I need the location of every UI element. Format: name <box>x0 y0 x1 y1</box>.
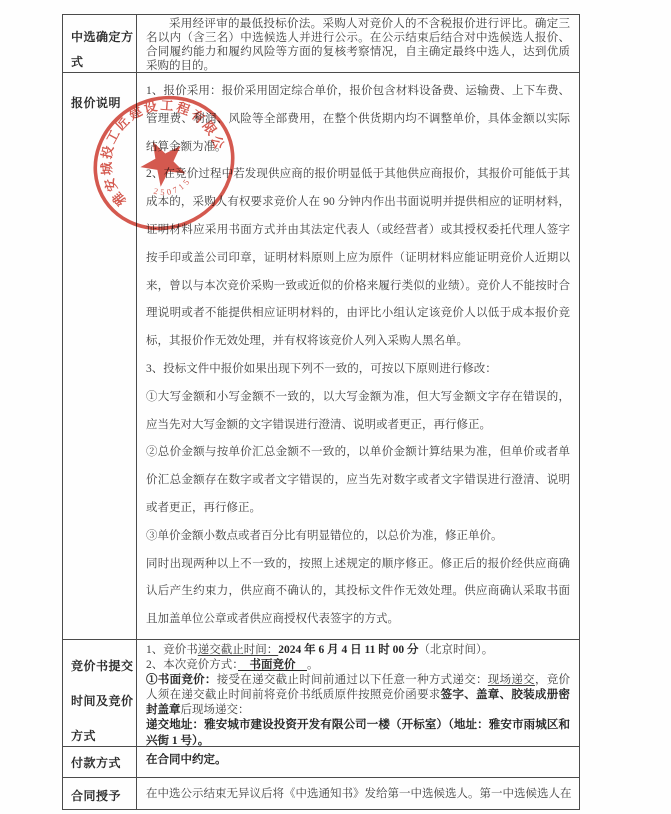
text-segment: 接受在递交截止时间前通过以下任意一种方式递交： <box>217 674 488 686</box>
paragraph: ③单价金额小数点或者百分比有明显错位的，以总价为准，修正单价。 <box>146 523 570 551</box>
procurement-terms-table: 中选确定方 式采用经评审的最低投标价法。采购人对竞价人的不含税报价进行评比。确定… <box>62 14 580 810</box>
text-segment: 1、报价采用：报价采用固定综合单价，报价包含材料设备费、运输费、上下车费、管理费… <box>146 85 570 153</box>
text-segment: ②总价金额与按单价汇总金额不一致的，以单价金额计算结果为准，但单价或者单价汇总金… <box>146 446 570 514</box>
text-segment: （北京时间）。 <box>419 644 494 656</box>
table-row-quote-description: 报价说明1、报价采用：报价采用固定综合单价，报价包含材料设备费、运输费、上下车费… <box>63 72 579 639</box>
text-segment: 后现场递交： <box>181 704 250 716</box>
text-segment: 递交截止时间： <box>198 644 279 656</box>
table-row-payment-method: 付款方式在合同中约定。 <box>63 746 579 777</box>
row-content-contract-award: 在中选公示结束无异议后将《中选通知书》发给第一中选候选人。第一中选候选人在 <box>137 778 579 809</box>
text-segment: 采用经评审的最低投标价法。采购人对竞价人的不含税报价进行评比。确定三名以内（含三… <box>146 18 570 72</box>
text-segment: 在合同中约定。 <box>146 754 227 766</box>
paragraph: 在合同中约定。 <box>146 753 570 768</box>
table-row-contract-award: 合同授予在中选公示结束无异议后将《中选通知书》发给第一中选候选人。第一中选候选人… <box>63 777 579 809</box>
paragraph: 递交地址：雅安城市建设投资开发有限公司一楼（开标室）（地址：雅安市雨城区和兴街 … <box>146 718 570 746</box>
paragraph: 2、本次竞价方式： 书面竞价 。 <box>146 658 570 673</box>
text-segment: 书面竞价 <box>238 659 307 671</box>
paragraph: 采用经评审的最低投标价法。采购人对竞价人的不含税报价进行评比。确定三名以内（含三… <box>146 18 570 72</box>
paragraph: 1、报价采用：报价采用固定综合单价，报价包含材料设备费、运输费、上下车费、管理费… <box>146 78 570 161</box>
paragraph: 1、竞价书递交截止时间：2024 年 6 月 4 日 11 时 00 分（北京时… <box>146 643 570 658</box>
text-segment: 2、在竞价过程中若发现供应商的报价明显低于其他供应商报价，其报价可能低于其成本的… <box>146 168 570 347</box>
text-segment: ③单价金额小数点或者百分比有明显错位的，以总价为准，修正单价。 <box>146 530 503 542</box>
row-content-payment-method: 在合同中约定。 <box>137 747 579 777</box>
row-header-quote-description: 报价说明 <box>63 73 137 639</box>
row-content-submission-time-method: 1、竞价书递交截止时间：2024 年 6 月 4 日 11 时 00 分（北京时… <box>137 640 579 746</box>
text-segment: 同时出现两种以上不一致的，按照上述规定的顺序修正。修正后的报价经供应商确认后产生… <box>146 558 570 626</box>
row-header-contract-award: 合同授予 <box>63 778 137 809</box>
row-content-selection-method: 采用经评审的最低投标价法。采购人对竞价人的不含税报价进行评比。确定三名以内（含三… <box>137 15 579 72</box>
paragraph: 2、在竞价过程中若发现供应商的报价明显低于其他供应商报价，其报价可能低于其成本的… <box>146 161 570 356</box>
text-segment: 递交地址：雅安城市建设投资开发有限公司一楼（开标室）（地址：雅安市雨城区和兴街 … <box>146 719 570 746</box>
text-segment: 现场递交 <box>488 674 535 686</box>
paragraph: 在中选公示结束无异议后将《中选通知书》发给第一中选候选人。第一中选候选人在 <box>146 787 570 802</box>
paragraph: 同时出现两种以上不一致的，按照上述规定的顺序修正。修正后的报价经供应商确认后产生… <box>146 551 570 634</box>
table-row-selection-method: 中选确定方 式采用经评审的最低投标价法。采购人对竞价人的不含税报价进行评比。确定… <box>63 15 579 72</box>
paragraph: ①大写金额和小写金额不一致的，以大写金额为准，但大写金额文字存在错误的，应当先对… <box>146 384 570 440</box>
table-row-submission-time-method: 竞价书提交 时间及竞价 方式1、竞价书递交截止时间：2024 年 6 月 4 日… <box>63 639 579 746</box>
paragraph: ①书面竞价：接受在递交截止时间前通过以下任意一种方式递交：现场递交，竞价人须在递… <box>146 673 570 718</box>
document-page: 中选确定方 式采用经评审的最低投标价法。采购人对竞价人的不含税报价进行评比。确定… <box>0 0 671 814</box>
row-header-selection-method: 中选确定方 式 <box>63 15 137 72</box>
text-segment: ①书面竞价： <box>146 674 217 686</box>
text-segment: ①大写金额和小写金额不一致的，以大写金额为准，但大写金额文字存在错误的，应当先对… <box>146 391 570 431</box>
paragraph: 3、投标文件中报价如果出现下列不一致的，可按以下原则进行修改： <box>146 356 570 384</box>
text-segment: 1、竞价书 <box>146 644 198 656</box>
text-segment: 2、本次竞价方式： <box>146 659 238 671</box>
row-header-submission-time-method: 竞价书提交 时间及竞价 方式 <box>63 640 137 746</box>
text-segment: 3、投标文件中报价如果出现下列不一致的，可按以下原则进行修改： <box>146 363 497 375</box>
text-segment: 。 <box>307 659 319 671</box>
text-segment: 2024 年 6 月 4 日 11 时 00 分 <box>278 644 418 656</box>
paragraph: ②总价金额与按单价汇总金额不一致的，以单价金额计算结果为准，但单价或者单价汇总金… <box>146 439 570 522</box>
row-content-quote-description: 1、报价采用：报价采用固定综合单价，报价包含材料设备费、运输费、上下车费、管理费… <box>137 73 579 639</box>
text-segment: 在中选公示结束无异议后将《中选通知书》发给第一中选候选人。第一中选候选人在 <box>146 788 572 800</box>
row-header-payment-method: 付款方式 <box>63 747 137 777</box>
